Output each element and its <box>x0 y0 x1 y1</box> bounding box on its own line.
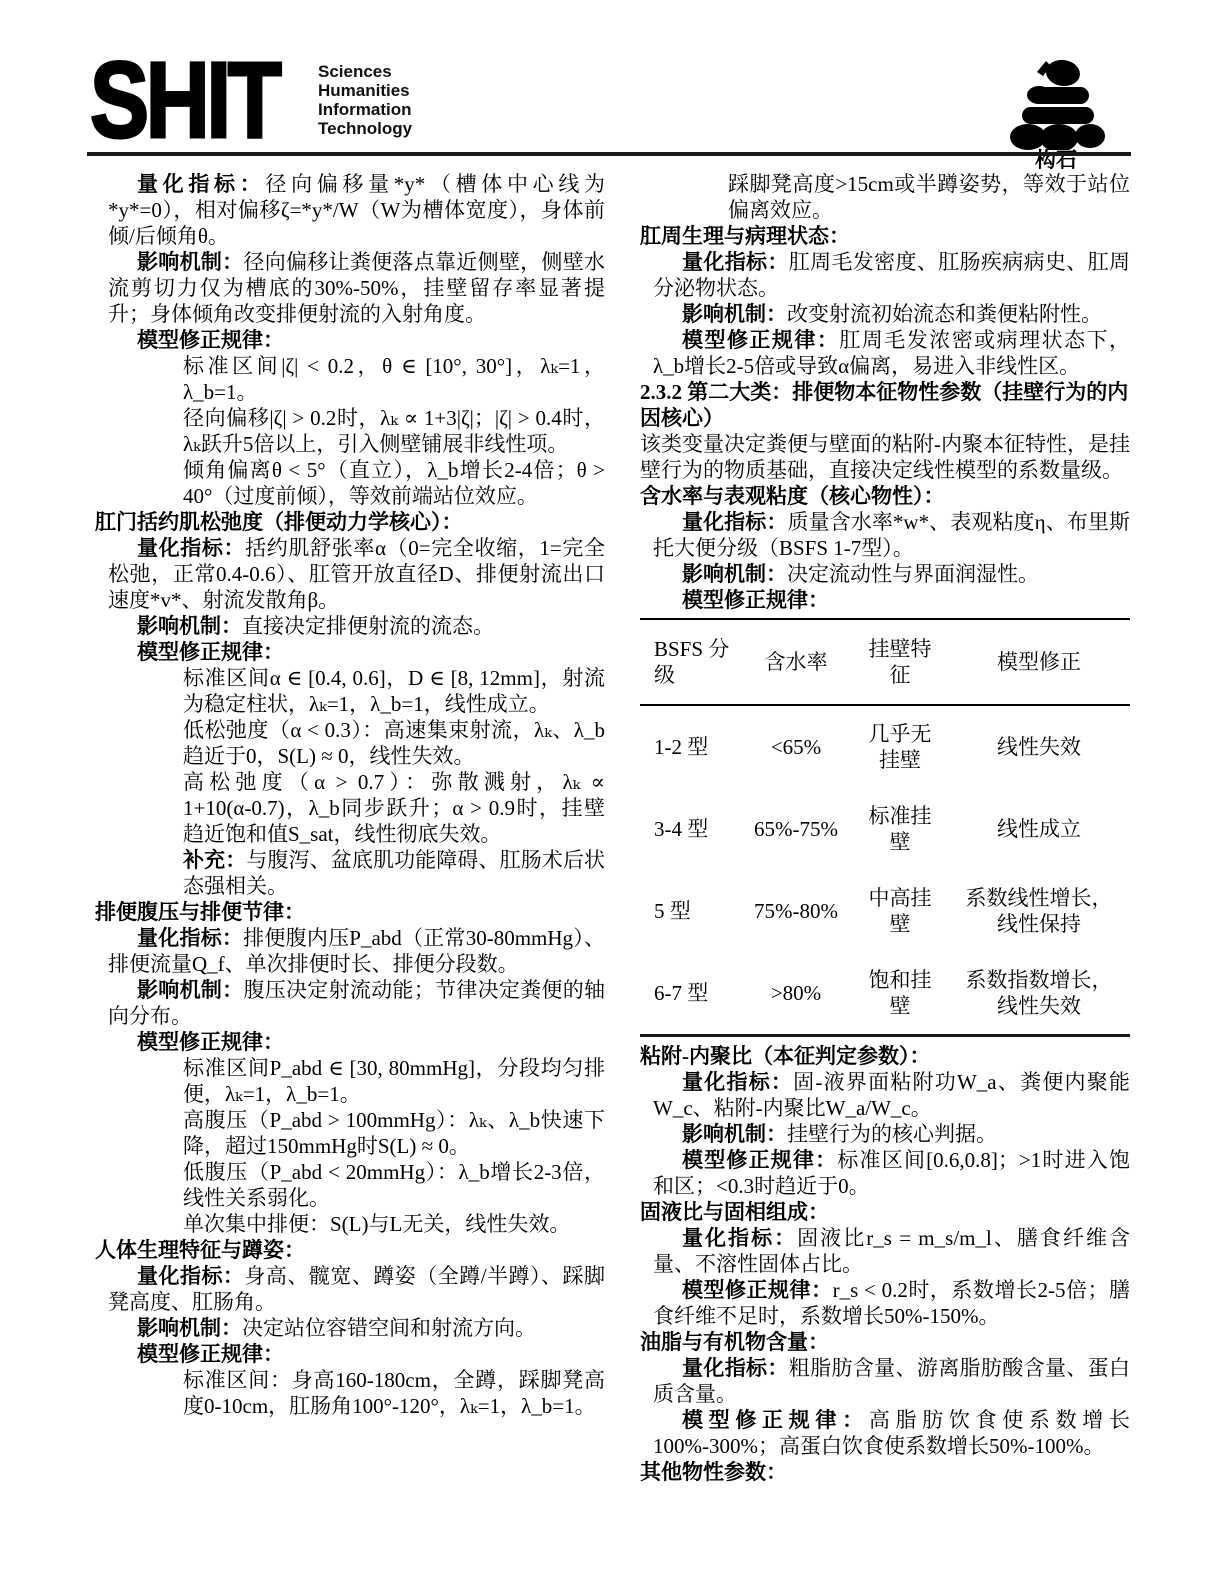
heading-text: 肛周生理与病理状态： <box>640 224 850 248</box>
paragraph-label: 模型修正规律： <box>682 328 839 352</box>
table-cell: 中高挂壁 <box>852 870 948 952</box>
paragraph: 模型修正规律：标准区间[0.6,0.8]；>1时进入饱和区；<0.3时趋近于0。 <box>653 1147 1130 1199</box>
right-column-bottom: 粘附-内聚比（本征判定参数）：量化指标：固-液界面粘附功W_a、粪便内聚能W_c… <box>640 1043 1130 1485</box>
tagline-line: Information <box>318 100 412 119</box>
tagline-line: Sciences <box>318 62 412 81</box>
paragraph: 模型修正规律： <box>108 1029 605 1055</box>
paragraph-text: 标准区间P_abd ∈ [30, 80mmHg]，分段均匀排便，λₖ=1，λ_b… <box>183 1056 605 1106</box>
tagline-line: Technology <box>318 119 412 138</box>
paragraph: 量化指标：括约肌舒张率α（0=完全收缩，1=完全松弛，正常0.4-0.6）、肛管… <box>108 535 605 613</box>
table-cell: 系数指数增长，线性失效 <box>948 952 1130 1036</box>
paragraph-text: 挂壁行为的核心判据。 <box>787 1122 997 1146</box>
paragraph: 标准区间|ζ| < 0.2，θ ∈ [10°, 30°]，λₖ=1，λ_b=1。 <box>183 353 605 405</box>
paragraph: 该类变量决定粪便与壁面的粘附-内聚本征特性，是挂壁行为的物质基础，直接决定线性模… <box>640 431 1130 483</box>
table-cell: 标准挂壁 <box>852 788 948 870</box>
heading-text: 人体生理特征与蹲姿： <box>95 1238 305 1262</box>
right-column-top: 踩脚凳高度>15cm或半蹲姿势，等效于站位偏离效应。肛周生理与病理状态：量化指标… <box>640 171 1130 613</box>
paragraph: 低腹压（P_abd < 20mmHg）：λ_b增长2-3倍，线性关系弱化。 <box>183 1159 605 1211</box>
paragraph: 标准区间α ∈ [0.4, 0.6]，D ∈ [8, 12mm]，射流为稳定柱状… <box>183 665 605 717</box>
paragraph: 低松弛度（α < 0.3）：高速集束射流，λₖ、λ_b趋近于0，S(L) ≈ 0… <box>183 717 605 769</box>
rock-cairn-icon <box>1001 58 1111 150</box>
paragraph-text: 低腹压（P_abd < 20mmHg）：λ_b增长2-3倍，线性关系弱化。 <box>183 1160 605 1210</box>
paragraph-text: 倾角偏离θ < 5°（直立），λ_b增长2-4倍；θ > 40°（过度前倾），等… <box>183 458 605 508</box>
table-header-row: BSFS 分级 含水率 挂壁特征 模型修正 <box>640 619 1130 705</box>
paragraph: 倾角偏离θ < 5°（直立），λ_b增长2-4倍；θ > 40°（过度前倾），等… <box>183 457 605 509</box>
paragraph: 模型修正规律：高脂肪饮食使系数增长100%-300%；高蛋白饮食使系数增长50%… <box>653 1407 1130 1459</box>
table-header-cell: 含水率 <box>740 619 852 705</box>
paragraph: 影响机制：挂壁行为的核心判据。 <box>653 1121 1130 1147</box>
paragraph: 单次集中排便：S(L)与L无关，线性失效。 <box>183 1211 605 1237</box>
table-row: 5 型 75%-80% 中高挂壁 系数线性增长，线性保持 <box>640 870 1130 952</box>
section-heading: 固液比与固相组成： <box>640 1199 1130 1225</box>
paragraph-text: 标准区间α ∈ [0.4, 0.6]，D ∈ [8, 12mm]，射流为稳定柱状… <box>183 666 605 716</box>
paragraph: 模型修正规律： <box>108 639 605 665</box>
paragraph: 量化指标：质量含水率*w*、表观粘度η、布里斯托大便分级（BSFS 1-7型）。 <box>653 509 1130 561</box>
paragraph: 量化指标：粗脂肪含量、游离脂肪酸含量、蛋白质含量。 <box>653 1355 1130 1407</box>
paragraph-text: 径向偏移|ζ| > 0.2时，λₖ ∝ 1+3|ζ|；|ζ| > 0.4时，λₖ… <box>183 406 605 456</box>
paragraph-text: 高腹压（P_abd > 100mmHg）：λₖ、λ_b快速下降，超过150mmH… <box>183 1108 605 1158</box>
table-row: 6-7 型 >80% 饱和挂壁 系数指数增长，线性失效 <box>640 952 1130 1036</box>
paragraph-text: 低松弛度（α < 0.3）：高速集束射流，λₖ、λ_b趋近于0，S(L) ≈ 0… <box>183 718 605 768</box>
paragraph-text: 改变射流初始流态和粪便粘附性。 <box>787 302 1102 326</box>
paragraph-label: 量化指标： <box>682 1070 793 1094</box>
table-cell: 75%-80% <box>740 870 852 952</box>
paragraph: 标准区间：身高160-180cm，全蹲，踩脚凳高度0-10cm，肛肠角100°-… <box>183 1367 605 1419</box>
section-heading: 肛周生理与病理状态： <box>640 223 1130 249</box>
table-cell: 65%-75% <box>740 788 852 870</box>
section-heading: 肛门括约肌松弛度（排便动力学核心）： <box>95 509 605 535</box>
heading-text: 固液比与固相组成： <box>640 1200 829 1224</box>
paragraph: 影响机制：决定流动性与界面润湿性。 <box>653 561 1130 587</box>
tagline-line: Humanities <box>318 81 412 100</box>
section-heading: 其他物性参数： <box>640 1459 1130 1485</box>
paragraph: 模型修正规律： <box>108 1341 605 1367</box>
table-cell: <65% <box>740 705 852 788</box>
paragraph-label: 量化指标： <box>137 926 243 950</box>
paragraph: 量化指标：排便腹内压P_abd（正常30-80mmHg）、排便流量Q_f、单次排… <box>108 925 605 977</box>
paragraph-label: 模型修正规律： <box>137 1342 284 1366</box>
paragraph: 模型修正规律：r_s < 0.2时，系数增长2-5倍；膳食纤维不足时，系数增长5… <box>653 1277 1130 1329</box>
table-cell: 线性成立 <box>948 788 1130 870</box>
paragraph: 模型修正规律：肛周毛发浓密或病理状态下，λ_b增长2-5倍或导致α偏离，易进入非… <box>653 327 1130 379</box>
paragraph-label: 模型修正规律： <box>682 1148 837 1172</box>
paragraph-label: 影响机制： <box>137 978 243 1002</box>
table-cell: 线性失效 <box>948 705 1130 788</box>
paragraph-text: 标准区间：身高160-180cm，全蹲，踩脚凳高度0-10cm，肛肠角100°-… <box>183 1368 605 1418</box>
paragraph-text: 踩脚凳高度>15cm或半蹲姿势，等效于站位偏离效应。 <box>728 172 1130 222</box>
paragraph: 影响机制：径向偏移让粪便落点靠近侧壁，侧壁水流剪切力仅为槽底的30%-50%，挂… <box>108 249 605 327</box>
paragraph: 高松弛度（α > 0.7）：弥散溅射，λₖ ∝ 1+10(α-0.7)，λ_b同… <box>183 769 605 847</box>
table-cell: 6-7 型 <box>640 952 740 1036</box>
paragraph-label: 量化指标： <box>682 1226 797 1250</box>
table-cell: 系数线性增长，线性保持 <box>948 870 1130 952</box>
logo-wordmark: SHIT <box>90 46 279 154</box>
section-heading: 含水率与表观粘度（核心物性）： <box>640 483 1130 509</box>
paragraph-text: 决定站位容错空间和射流方向。 <box>242 1316 536 1340</box>
table-cell: 5 型 <box>640 870 740 952</box>
paragraph-label: 影响机制： <box>137 614 242 638</box>
paragraph: 标准区间P_abd ∈ [30, 80mmHg]，分段均匀排便，λₖ=1，λ_b… <box>183 1055 605 1107</box>
paragraph-label: 量化指标： <box>682 510 787 534</box>
paragraph-label: 模型修正规律： <box>137 328 284 352</box>
paragraph-text: 高松弛度（α > 0.7）：弥散溅射，λₖ ∝ 1+10(α-0.7)，λ_b同… <box>183 770 605 846</box>
paragraph-label: 影响机制： <box>682 302 787 326</box>
table-header-cell: 挂壁特征 <box>852 619 948 705</box>
paragraph: 补充：与腹泻、盆底肌功能障碍、肛肠术后状态强相关。 <box>183 847 605 899</box>
paragraph-label: 量化指标： <box>137 172 265 196</box>
table-header-cell: 模型修正 <box>948 619 1130 705</box>
table-header-cell: BSFS 分级 <box>640 619 740 705</box>
right-column: 踩脚凳高度>15cm或半蹲姿势，等效于站位偏离效应。肛周生理与病理状态：量化指标… <box>640 171 1130 1485</box>
paragraph-label: 量化指标： <box>682 250 789 274</box>
paragraph-label: 影响机制： <box>137 250 243 274</box>
logo-tagline: Sciences Humanities Information Technolo… <box>318 62 412 138</box>
section-heading: 人体生理特征与蹲姿： <box>95 1237 605 1263</box>
paragraph-label: 模型修正规律： <box>682 1408 869 1432</box>
paragraph-label: 模型修正规律： <box>682 1278 833 1302</box>
paragraph-label: 影响机制： <box>137 1316 242 1340</box>
paragraph-text: 该类变量决定粪便与壁面的粘附-内聚本征特性，是挂壁行为的物质基础，直接决定线性模… <box>640 432 1130 482</box>
header-divider <box>87 152 1131 156</box>
section-heading: 油脂与有机物含量： <box>640 1329 1130 1355</box>
paragraph-label: 模型修正规律： <box>137 1030 284 1054</box>
table-cell: 1-2 型 <box>640 705 740 788</box>
paragraph-text: 直接决定排便射流的流态。 <box>242 614 494 638</box>
paragraph: 踩脚凳高度>15cm或半蹲姿势，等效于站位偏离效应。 <box>728 171 1130 223</box>
heading-text: 油脂与有机物含量： <box>640 1330 829 1354</box>
paragraph: 量化指标：固-液界面粘附功W_a、粪便内聚能W_c、粘附-内聚比W_a/W_c。 <box>653 1069 1130 1121</box>
paragraph-label: 量化指标： <box>682 1356 789 1380</box>
heading-text: 粘附-内聚比（本征判定参数）： <box>640 1044 931 1068</box>
paragraph-label: 量化指标： <box>137 1264 244 1288</box>
paragraph-label: 影响机制： <box>682 1122 787 1146</box>
paragraph: 影响机制：改变射流初始流态和粪便粘附性。 <box>653 301 1130 327</box>
paragraph: 径向偏移|ζ| > 0.2时，λₖ ∝ 1+3|ζ|；|ζ| > 0.4时，λₖ… <box>183 405 605 457</box>
paragraph-label: 补充： <box>183 848 246 872</box>
document-body: 量化指标：径向偏移量*y*（槽体中心线为 *y*=0），相对偏移ζ=*y*/W（… <box>95 171 1130 1485</box>
table-row: 1-2 型 <65% 几乎无挂壁 线性失效 <box>640 705 1130 788</box>
heading-text: 含水率与表观粘度（核心物性）： <box>640 484 945 508</box>
paragraph-text: 单次集中排便：S(L)与L无关，线性失效。 <box>183 1212 570 1236</box>
paragraph-text: 与腹泻、盆底肌功能障碍、肛肠术后状态强相关。 <box>183 848 605 898</box>
table-cell: >80% <box>740 952 852 1036</box>
heading-text: 排便腹压与排便节律： <box>95 900 305 924</box>
paragraph: 量化指标：径向偏移量*y*（槽体中心线为 *y*=0），相对偏移ζ=*y*/W（… <box>108 171 605 249</box>
paragraph: 量化指标：肛周毛发密度、肛肠疾病病史、肛周分泌物状态。 <box>653 249 1130 301</box>
section-heading: 粘附-内聚比（本征判定参数）： <box>640 1043 1130 1069</box>
section-heading: 2.3.2 第二大类：排便物本征物性参数（挂壁行为的内因核心） <box>640 379 1130 431</box>
table-row: 3-4 型 65%-75% 标准挂壁 线性成立 <box>640 788 1130 870</box>
section-heading: 排便腹压与排便节律： <box>95 899 605 925</box>
table-cell: 3-4 型 <box>640 788 740 870</box>
paragraph-label: 模型修正规律： <box>682 588 829 612</box>
left-column: 量化指标：径向偏移量*y*（槽体中心线为 *y*=0），相对偏移ζ=*y*/W（… <box>95 171 605 1485</box>
paragraph-text: 标准区间|ζ| < 0.2，θ ∈ [10°, 30°]，λₖ=1，λ_b=1。 <box>183 354 605 404</box>
paragraph: 模型修正规律： <box>108 327 605 353</box>
paragraph-label: 模型修正规律： <box>137 640 284 664</box>
paragraph-label: 影响机制： <box>682 562 787 586</box>
paragraph: 模型修正规律： <box>653 587 1130 613</box>
table-cell: 饱和挂壁 <box>852 952 948 1036</box>
paragraph: 高腹压（P_abd > 100mmHg）：λₖ、λ_b快速下降，超过150mmH… <box>183 1107 605 1159</box>
paragraph: 量化指标：身高、髋宽、蹲姿（全蹲/半蹲）、踩脚凳高度、肛肠角。 <box>108 1263 605 1315</box>
paragraph-text: 决定流动性与界面润湿性。 <box>787 562 1039 586</box>
paragraph-label: 量化指标： <box>137 536 245 560</box>
paragraph: 影响机制：直接决定排便射流的流态。 <box>108 613 605 639</box>
bsfs-table: BSFS 分级 含水率 挂壁特征 模型修正 1-2 型 <65% 几乎无挂壁 线… <box>640 618 1130 1037</box>
heading-text: 肛门括约肌松弛度（排便动力学核心）： <box>95 510 463 534</box>
heading-text: 其他物性参数： <box>640 1460 787 1484</box>
paragraph: 影响机制：腹压决定射流动能；节律决定粪便的轴向分布。 <box>108 977 605 1029</box>
heading-text: 2.3.2 第二大类：排便物本征物性参数（挂壁行为的内因核心） <box>640 380 1128 430</box>
table-cell: 几乎无挂壁 <box>852 705 948 788</box>
paragraph: 影响机制：决定站位容错空间和射流方向。 <box>108 1315 605 1341</box>
paragraph: 量化指标：固液比r_s = m_s/m_l、膳食纤维含量、不溶性固体占比。 <box>653 1225 1130 1277</box>
